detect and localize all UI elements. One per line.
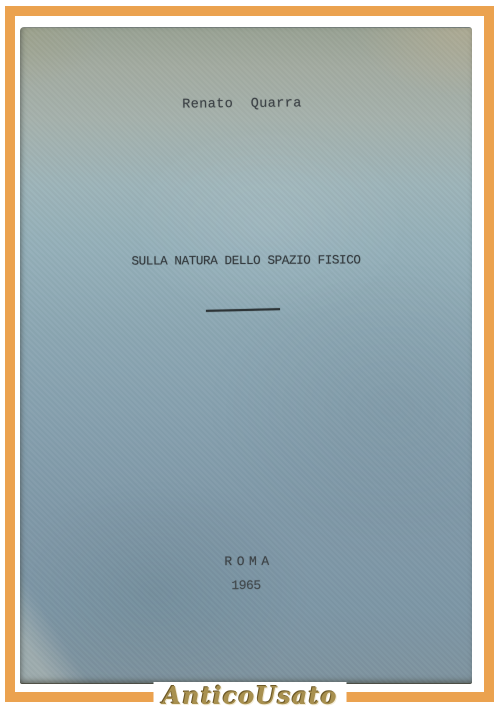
book-title: SULLA NATURA DELLO SPAZIO FISICO (20, 253, 472, 269)
author-name: Renato Quarra (16, 95, 468, 115)
publication-place: ROMA (23, 553, 475, 570)
title-underline (206, 308, 280, 312)
publication-year: 1965 (20, 577, 472, 594)
seller-watermark-logo: AnticoUsato (154, 682, 347, 709)
book-cover: Renato Quarra SULLA NATURA DELLO SPAZIO … (20, 27, 472, 684)
book-photo-listing: Renato Quarra SULLA NATURA DELLO SPAZIO … (0, 0, 500, 710)
